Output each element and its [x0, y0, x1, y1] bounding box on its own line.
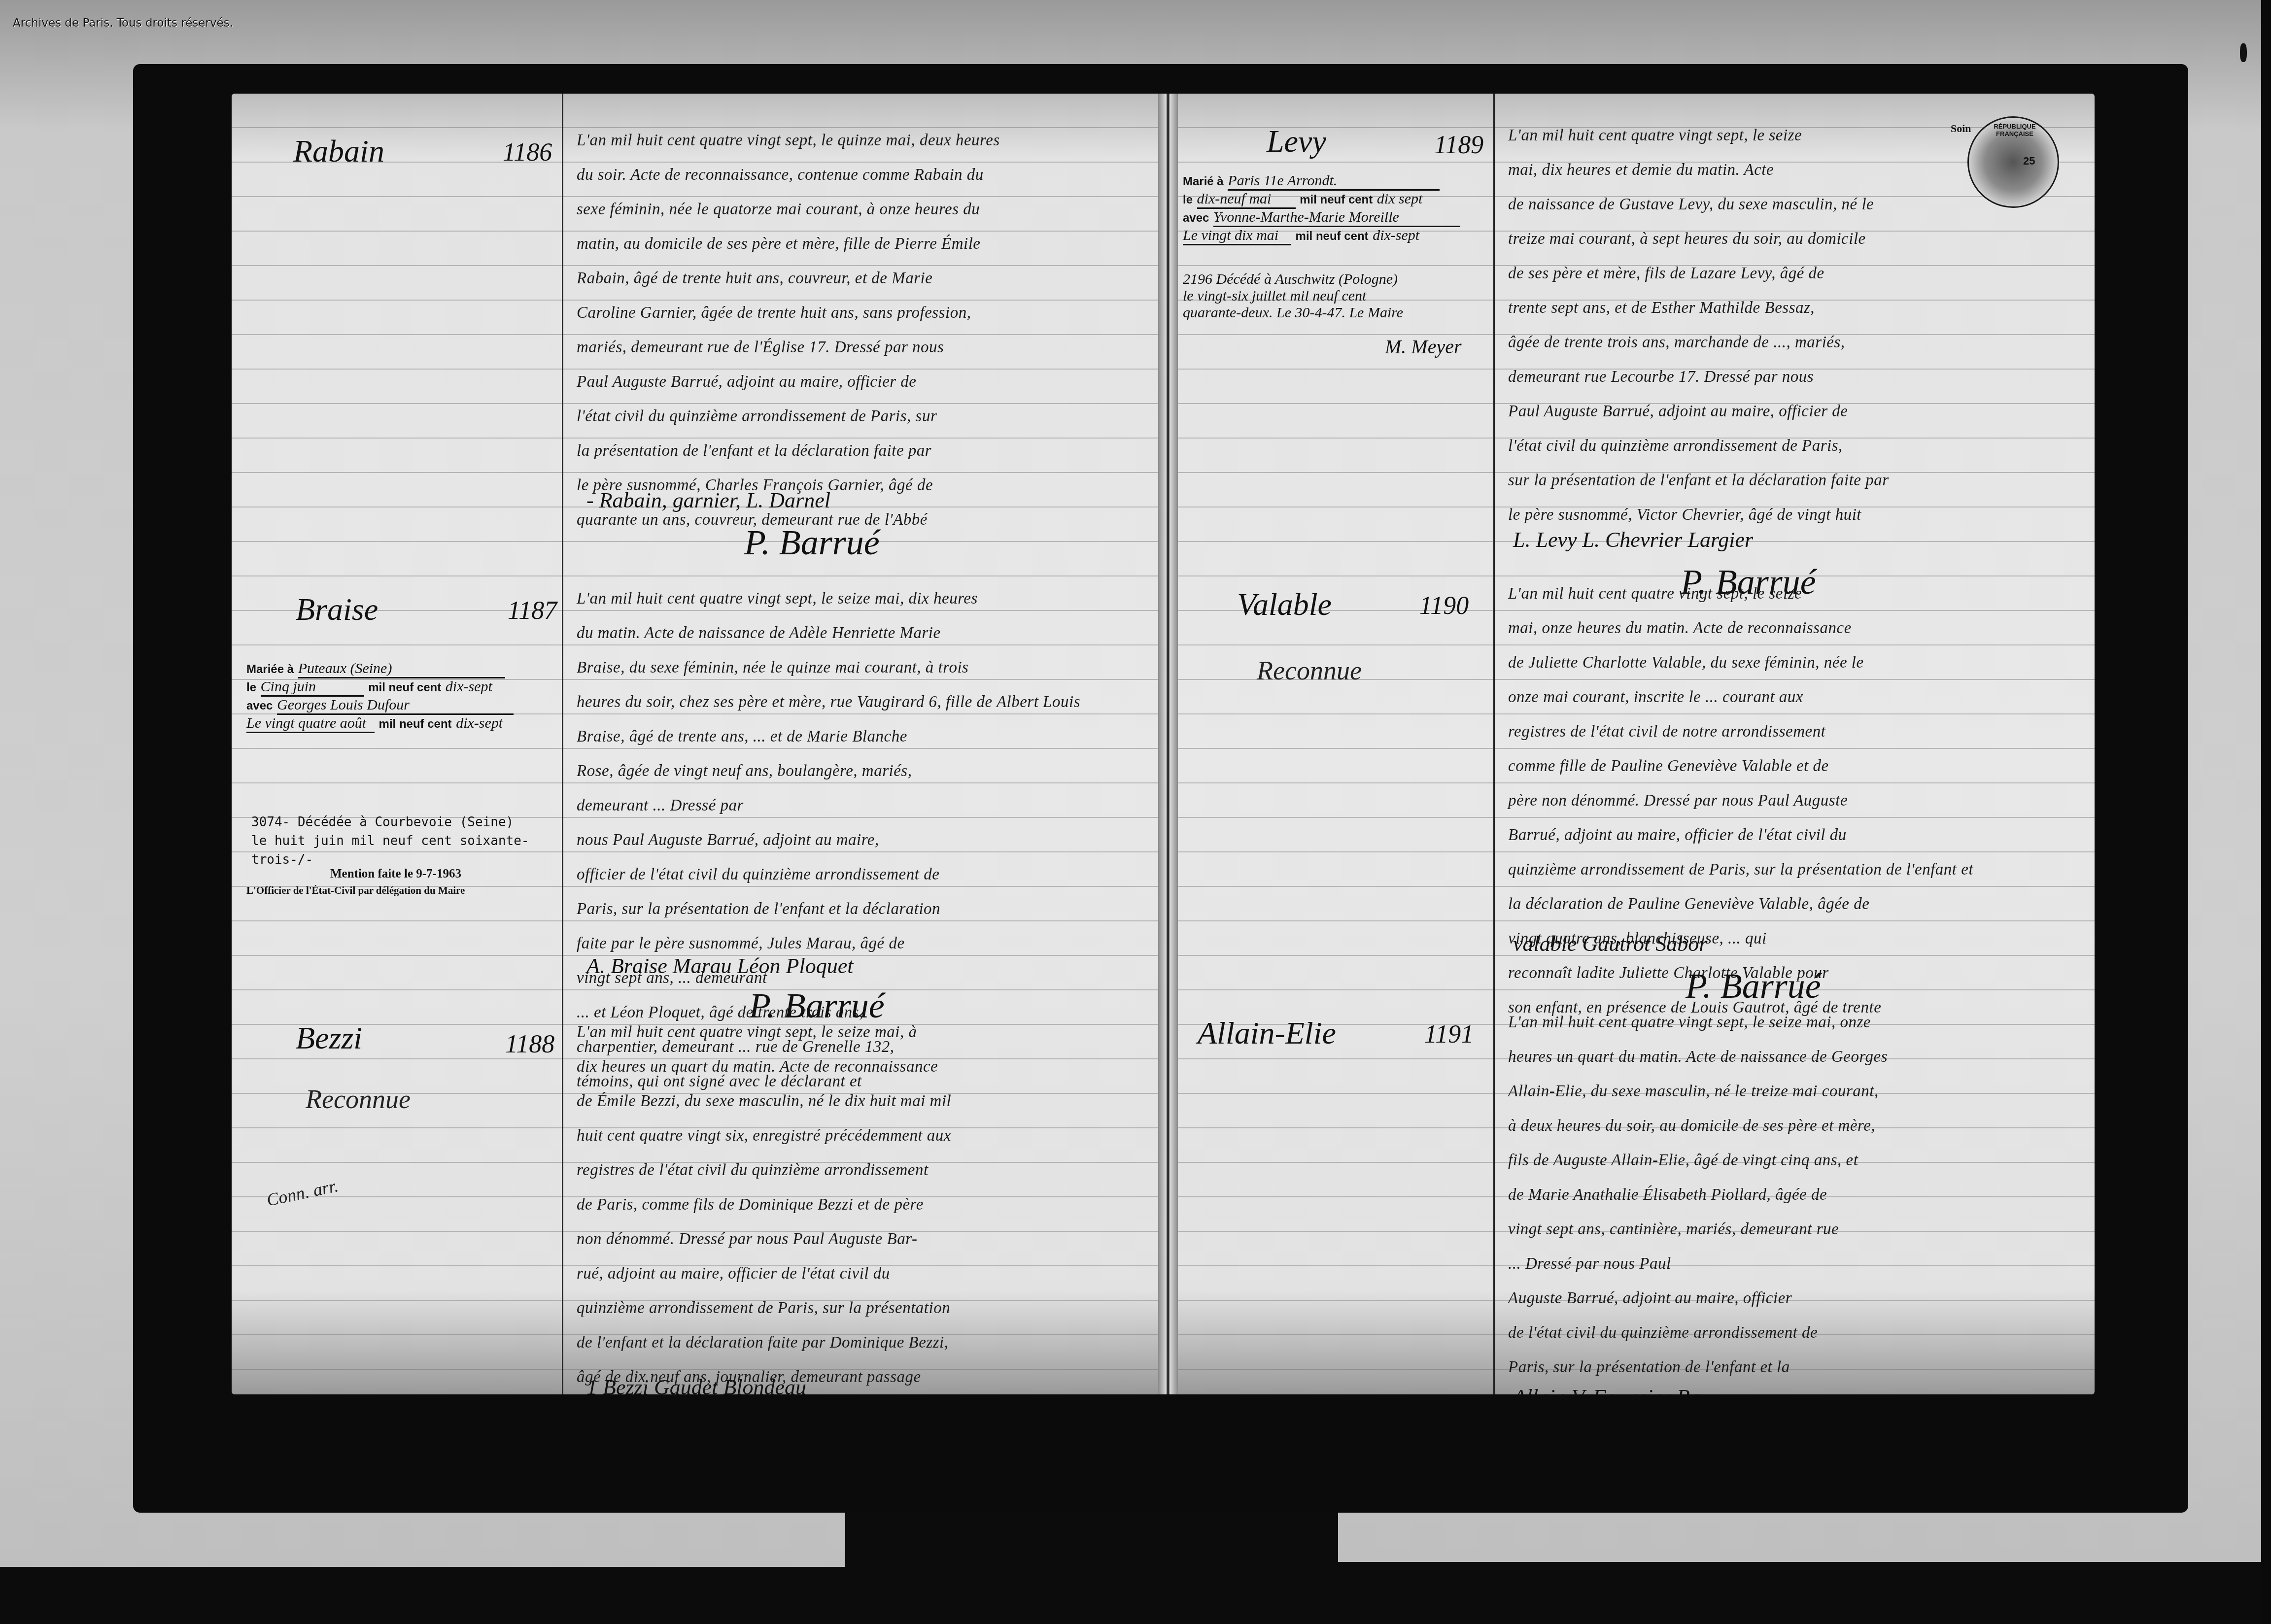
official-signature: P. Barrué	[1686, 966, 1821, 1007]
act-number: 1188	[505, 1030, 554, 1059]
surname: Levy	[1267, 124, 1326, 159]
act-number: 1190	[1419, 591, 1469, 620]
margin-entry-1188: Bezzi	[296, 1020, 362, 1056]
surname: Braise	[296, 592, 378, 627]
act-body-1191: L'an mil huit cent quatre vingt sept, le…	[1508, 1005, 2085, 1385]
mention-date: Mention faite le 9-7-1963	[330, 867, 461, 881]
text-line: Caroline Garnier, âgée de trente huit an…	[577, 296, 1148, 330]
surname: Bezzi	[296, 1020, 362, 1055]
reconnue-note: Reconnue	[1257, 655, 1362, 686]
act-number: 1187	[508, 596, 557, 625]
signatures: A. Braise Marau Léon Ploquet	[586, 953, 853, 979]
act-body-1190: L'an mil huit cent quatre vingt sept, le…	[1508, 576, 2085, 1025]
copyright-watermark: Archives de Paris. Tous droits réservés.	[13, 17, 233, 30]
surname: Allain-Elie	[1198, 1015, 1336, 1050]
reconnue-note: Reconnue	[306, 1084, 411, 1115]
death-mention-levy: 2196 Décédé à Auschwitz (Pologne) le vin…	[1183, 271, 1493, 321]
signatures: - Rabain, garnier, L. Darnel	[586, 488, 830, 513]
act-number: 1189	[1434, 131, 1483, 160]
margin-entry-1189: Levy	[1267, 123, 1326, 160]
left-page: Rabain 1186 L'an mil huit cent quatre vi…	[232, 94, 1158, 1394]
text-line: sexe féminin, née le quatorze mai couran…	[577, 192, 1148, 227]
act-body-1188: L'an mil huit cent quatre vingt sept, le…	[577, 1015, 1148, 1394]
margin-entry-1190: Valable	[1237, 586, 1332, 623]
marriage-mention-levy: Marié à Paris 11e Arrondt. le dix-neuf m…	[1183, 172, 1488, 245]
margin-entry-1186: Rabain	[293, 133, 384, 169]
text-line: Paul Auguste Barrué, adjoint au maire, o…	[577, 365, 1148, 399]
death-mention-braise: 3074- Décédée à Courbevoie (Seine) le hu…	[251, 813, 557, 869]
marriage-mention-braise: Mariée à Puteaux (Seine) le Cinq juin mi…	[246, 660, 557, 733]
signatures: L. Levy L. Chevrier Largier	[1513, 527, 1753, 552]
surname: Valable	[1237, 587, 1332, 622]
text-line: Rabain, âgé de trente huit ans, couvreur…	[577, 261, 1148, 296]
text-line: matin, au domicile de ses père et mère, …	[577, 227, 1148, 261]
act-number: 1186	[503, 138, 552, 167]
republique-francaise-stamp: RÉPUBLIQUE FRANÇAISE 25	[1967, 116, 2059, 208]
act-number: 1191	[1424, 1020, 1474, 1049]
text-line: la présentation de l'enfant et la déclar…	[577, 434, 1148, 468]
text-line: l'état civil du quinzième arrondissement…	[577, 399, 1148, 434]
margin-entry-1191: Allain-Elie	[1198, 1015, 1336, 1051]
book-gutter	[1158, 94, 1178, 1394]
official-signature: P. Barrué	[744, 522, 880, 563]
text-line: L'an mil huit cent quatre vingt sept, le…	[577, 123, 1148, 158]
signatures: 1 Bezzi Gaudet Blondeau	[586, 1375, 806, 1394]
film-border	[1331, 1562, 2271, 1624]
signatures: valable Gautrot Sabor	[1513, 931, 1707, 956]
margin-entry-1187: Braise	[296, 591, 378, 628]
ink-blot	[2240, 43, 2247, 62]
margin-rule	[562, 94, 563, 1394]
mayor-signature: M. Meyer	[1385, 335, 1461, 358]
film-border	[2261, 0, 2271, 1624]
text-line: mariés, demeurant rue de l'Église 17. Dr…	[577, 330, 1148, 365]
surname: Rabain	[293, 134, 384, 169]
film-border	[0, 1567, 848, 1624]
right-page: Levy 1189 Marié à Paris 11e Arrondt. le …	[1178, 94, 2095, 1394]
text-line: du soir. Acte de reconnaissance, contenu…	[577, 158, 1148, 192]
signatures: Allain V. Fournier Baux	[1513, 1385, 1721, 1394]
act-body-1186: L'an mil huit cent quatre vingt sept, le…	[577, 123, 1148, 537]
stamp-label: Soin	[1951, 122, 1971, 135]
officer-line: L'Officier de l'État-Civil par délégatio…	[246, 884, 465, 897]
margin-rule	[1493, 94, 1495, 1394]
